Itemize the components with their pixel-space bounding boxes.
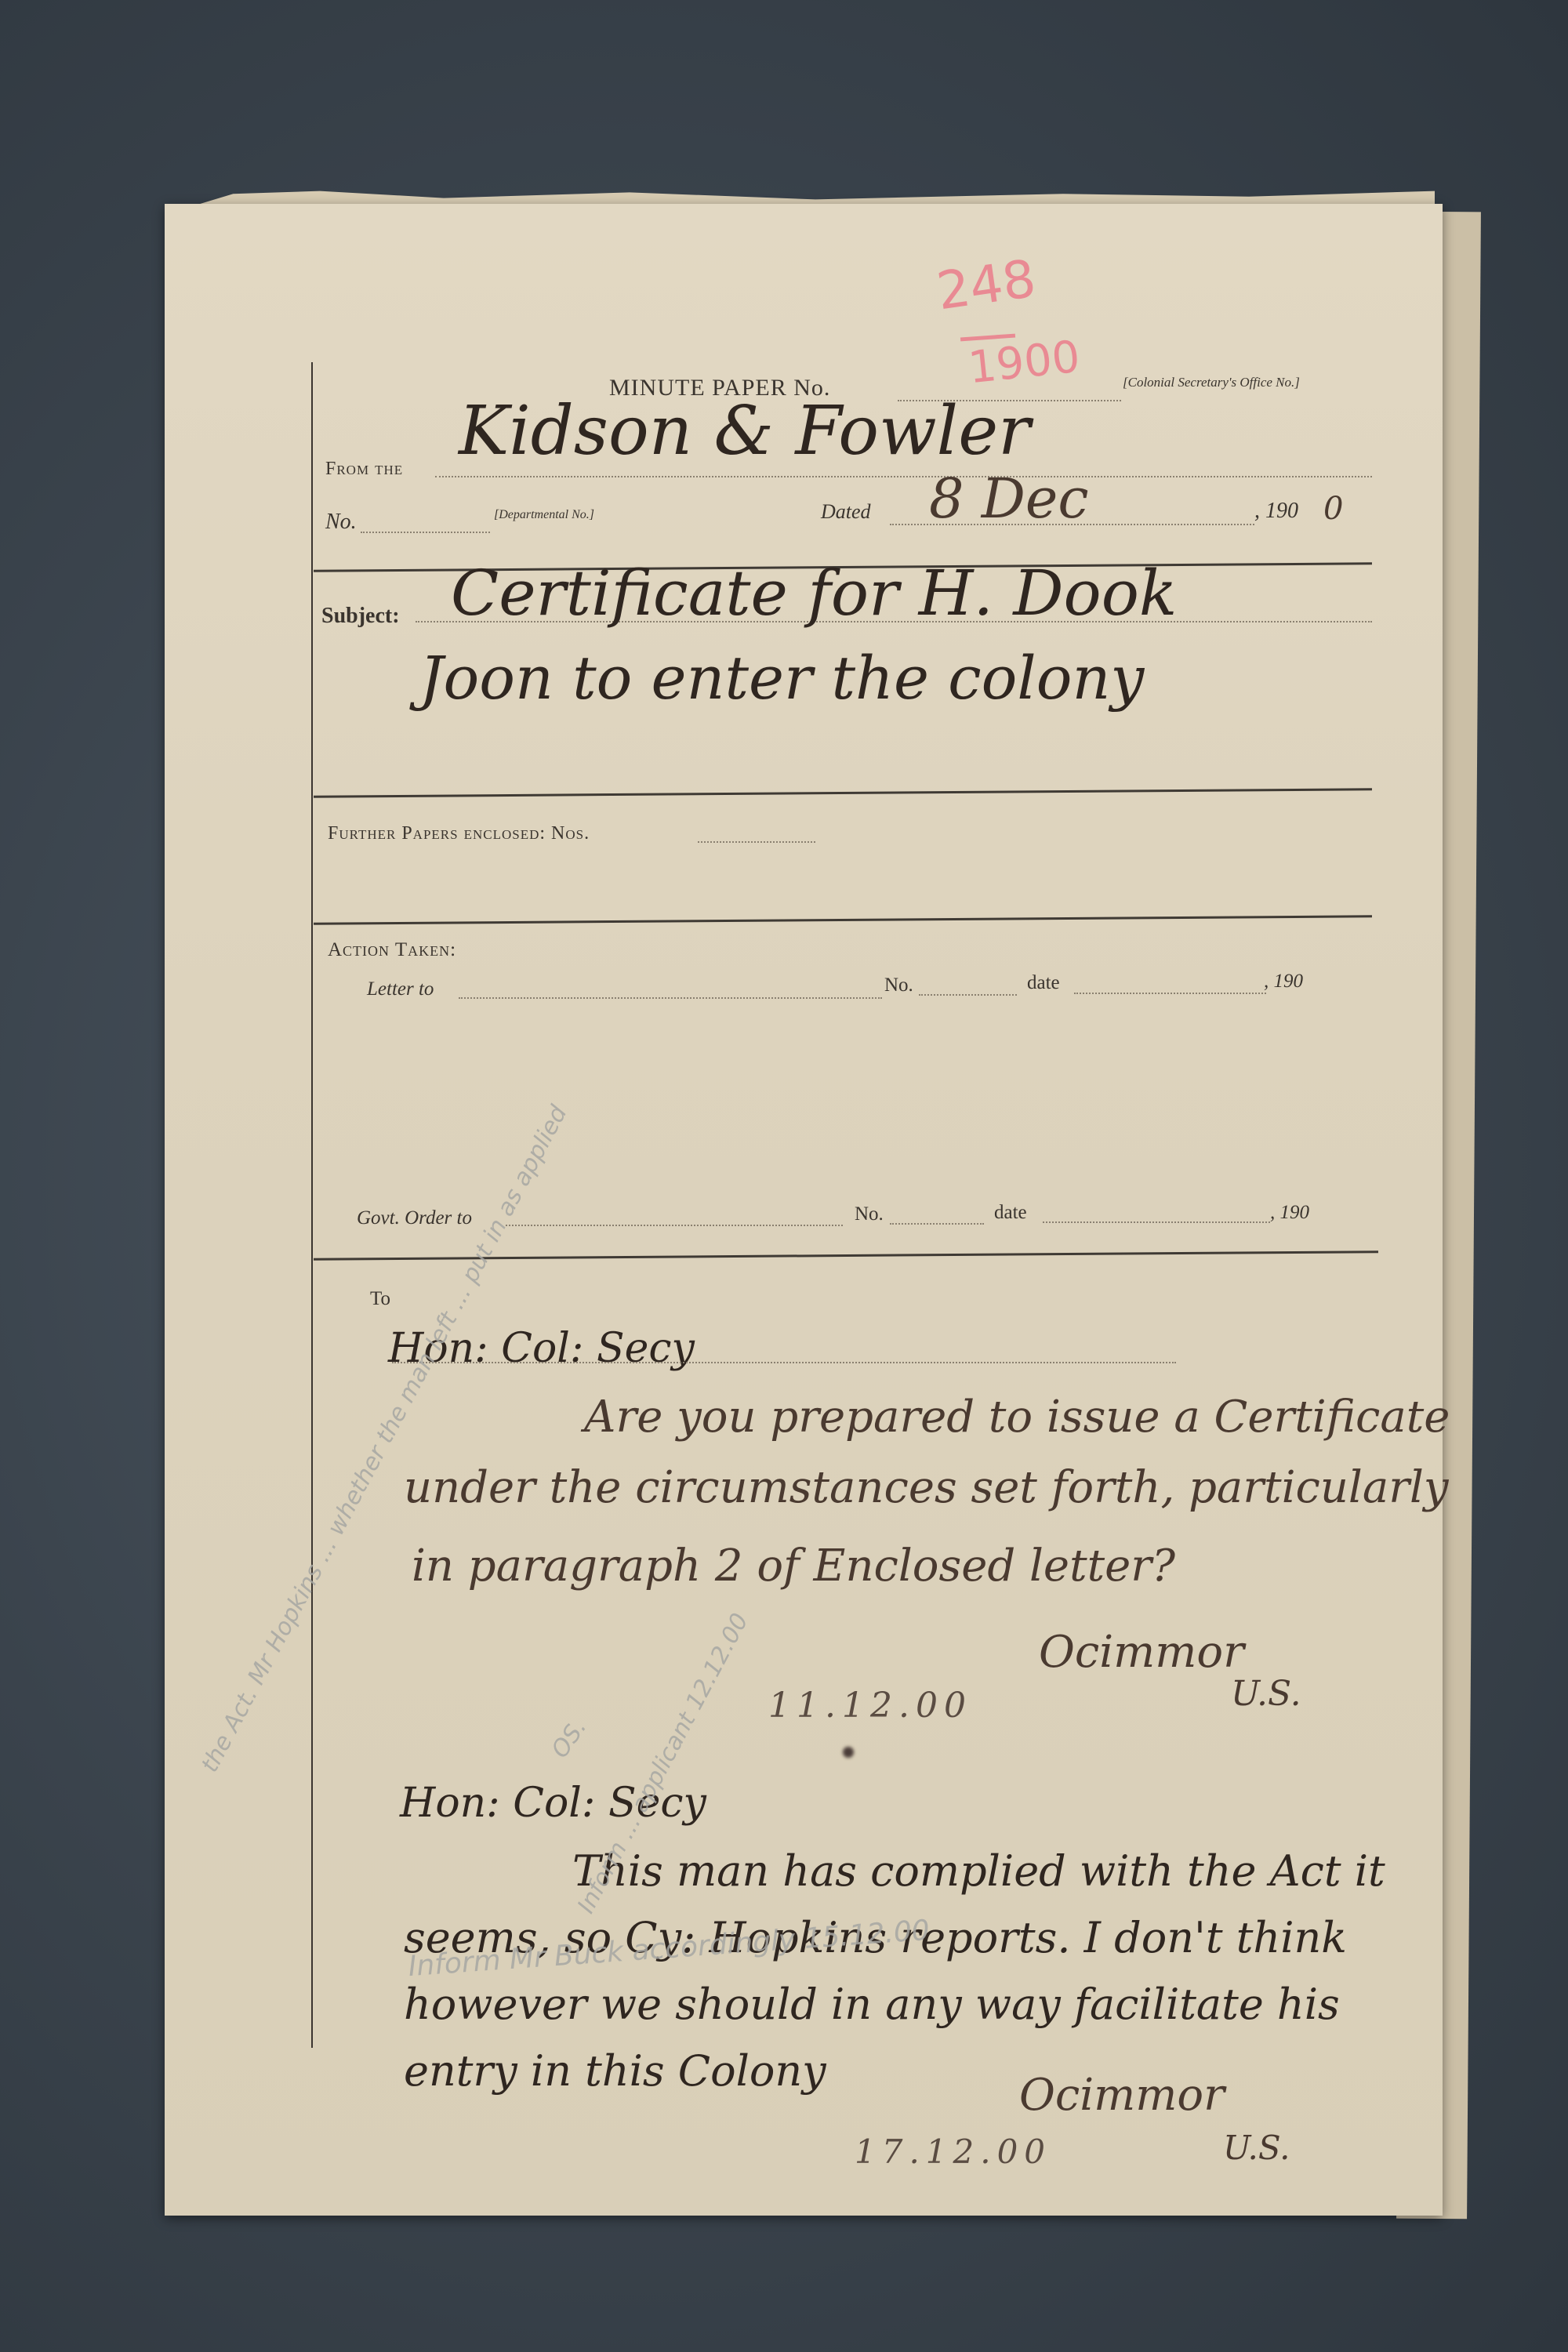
further-papers-field[interactable]: [698, 841, 815, 843]
letter-to-field[interactable]: [459, 997, 882, 999]
office-number-label: [Colonial Secretary's Office No.]: [1123, 375, 1300, 390]
from-value: Kidson & Fowler: [459, 392, 1030, 470]
letter-date-field[interactable]: [1074, 993, 1266, 994]
minute2-line-1: This man has complied with the Act it: [572, 1846, 1385, 1896]
govt-order-date-field[interactable]: [1043, 1221, 1270, 1223]
subject-line-1: Certificate for H. Dook: [451, 557, 1177, 630]
from-label: From the: [325, 459, 403, 480]
letter-no-field[interactable]: [919, 994, 1017, 996]
govt-order-label: Govt. Order to: [357, 1207, 472, 1229]
minute1-line-2: under the circumstances set forth, parti…: [404, 1462, 1449, 1513]
dated-label: Dated: [821, 500, 871, 524]
minute2-date: 17.12.00: [855, 2132, 1051, 2171]
minute2-line-4: entry in this Colony: [404, 2046, 826, 2096]
govt-order-field[interactable]: [506, 1225, 843, 1226]
from-field[interactable]: [435, 476, 1372, 477]
left-margin-rule: [311, 362, 313, 2048]
departmental-number-field[interactable]: [361, 532, 490, 533]
govt-order-date-label: date: [994, 1202, 1027, 1224]
minute1-signature: Ocimmor: [1039, 1627, 1244, 1678]
govt-order-year-label: , 190: [1270, 1202, 1309, 1224]
minute2-signature: Ocimmor: [1019, 2070, 1225, 2121]
dated-value: 8 Dec: [929, 466, 1089, 531]
dated-year-suffix: 0: [1323, 491, 1343, 527]
minute2-line-3: however we should in any way facilitate …: [404, 1980, 1340, 2029]
minute1-signature-initials: U.S.: [1231, 1674, 1301, 1714]
letter-date-label: date: [1027, 972, 1060, 994]
minute1-line-1: Are you prepared to issue a Certificate: [584, 1392, 1450, 1443]
letter-no-label: No.: [884, 975, 913, 996]
subject-line-2: Joon to enter the colony: [419, 643, 1144, 713]
ink-blot: [843, 1747, 854, 1758]
minute1-date: 11.12.00: [768, 1686, 972, 1726]
govt-order-no-label: No.: [855, 1203, 884, 1225]
subject-label: Subject:: [321, 604, 400, 629]
no-label: No.: [325, 510, 357, 535]
minute2-signature-initials: U.S.: [1223, 2129, 1290, 2167]
dated-year-prefix: , 190: [1254, 499, 1298, 524]
letter-year-label: , 190: [1264, 971, 1303, 993]
to-field[interactable]: [392, 1362, 1176, 1363]
govt-order-no-field[interactable]: [890, 1223, 984, 1225]
action-taken-label: Action Taken:: [328, 939, 456, 961]
minute1-line-3: in paragraph 2 of Enclosed letter?: [412, 1541, 1175, 1592]
to-label: To: [370, 1288, 390, 1310]
departmental-number-label: [Departmental No.]: [494, 508, 594, 522]
letter-to-label: Letter to: [367, 978, 434, 1000]
further-papers-label: Further Papers enclosed: Nos.: [328, 823, 590, 844]
